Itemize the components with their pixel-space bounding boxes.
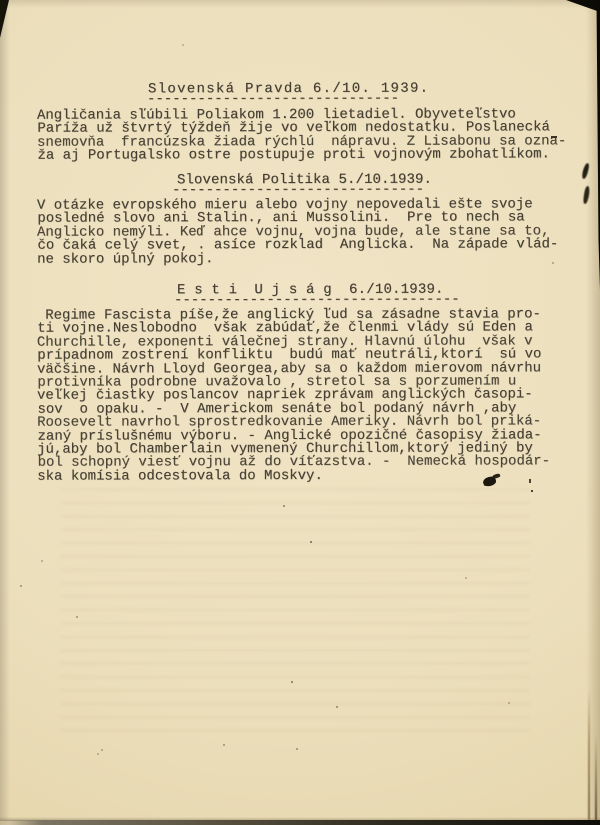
typed-line: ža aj Portugalsko ostre postupuje proti … [37,149,566,164]
typed-line: prípadnom zostrení konfliktu budú mať ne… [37,349,550,364]
section-underline: ------------------------------ [172,184,424,198]
typed-line: bol schopný viesť vojnu až do víťazstva.… [38,456,551,471]
paragraph-slovenska-pravda: Angličania sľúbili Poliakom 1.200 lietad… [37,108,566,163]
section-underline: ------------------------------ [147,93,399,107]
ink-speck [529,479,531,483]
paper-crease [595,735,597,825]
paper-edge-shading-left [0,0,10,825]
scanned-document-page: Slovenská Pravda 6./10. 1939. ----------… [0,0,600,825]
reverse-side-bleed-through [60,488,530,733]
ink-speck [531,490,533,492]
typed-line: čo čaká celý svet, . asíce rozklad Angli… [37,239,558,254]
stray-mark [551,136,557,138]
paragraph-esti-ujsag: Regime Fascista píše,že anglický ľud sa … [37,308,550,484]
typed-line: ska komísia odcestovala do Moskvy. [37,469,550,484]
scan-edge-bottom [0,820,600,825]
typed-line: zaný príslušnému výboru. - Anglické opoz… [37,429,550,444]
section-underline: ---------------------------------- [174,294,460,308]
paper-edge-shading-top [0,0,600,8]
typed-line: protivníka podrobne uvažovalo , stretol … [37,375,550,390]
typed-line: ne skoro úplný pokoj. [37,252,558,267]
paragraph-slovenska-politika: V otázke evropského mieru alebo vojny ne… [37,198,558,266]
paper-crease [588,690,590,820]
